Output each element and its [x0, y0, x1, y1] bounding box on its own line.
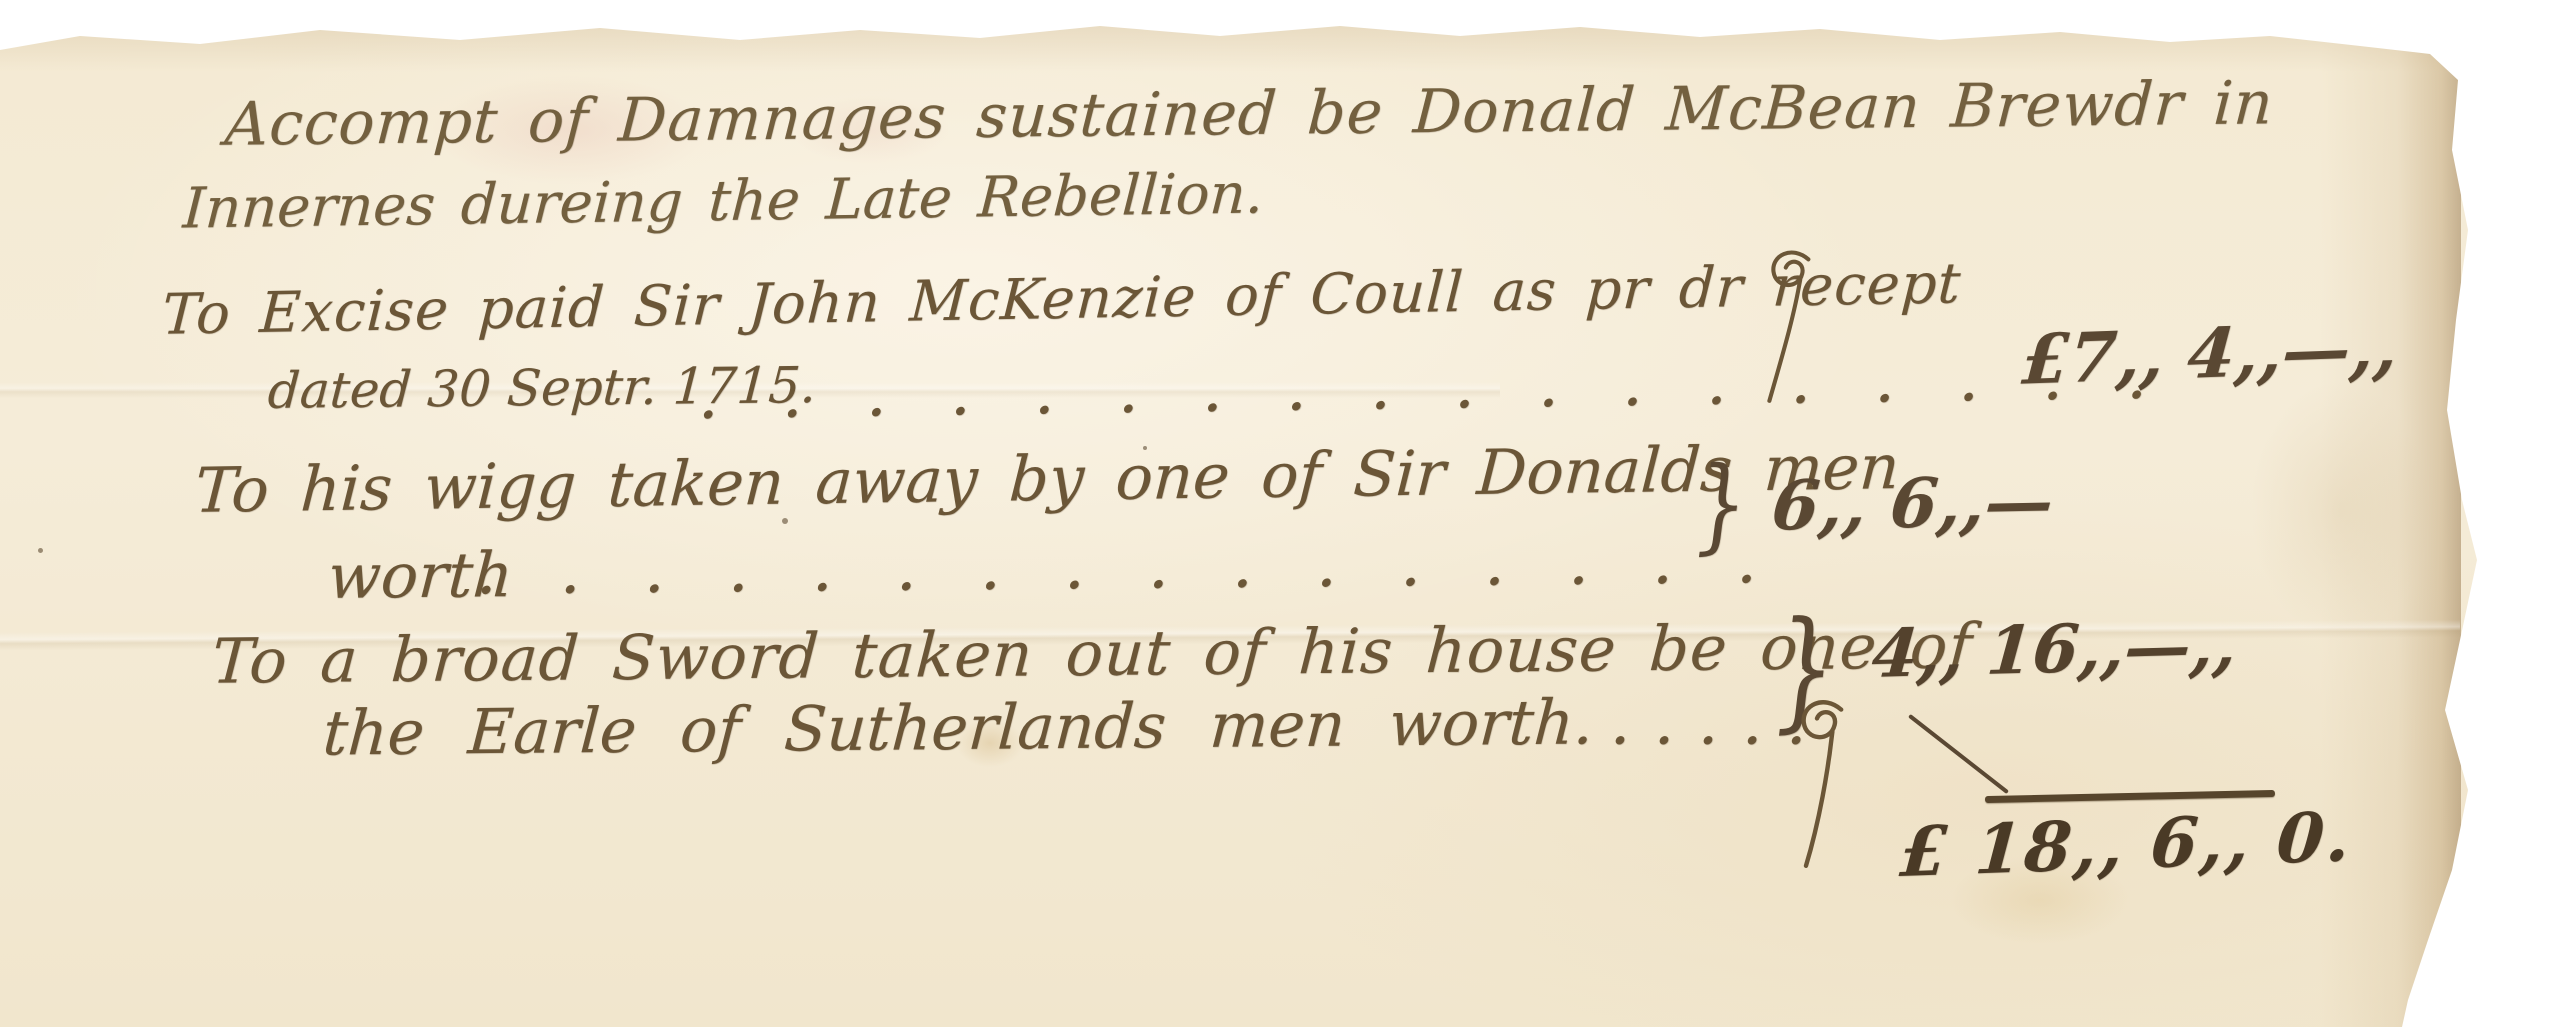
ink-speck	[782, 518, 788, 524]
total-amount: £ 18,, 6,, 0.	[1897, 798, 2354, 892]
entry-2-text: To his wigg taken away by one of Sir Don…	[193, 431, 1901, 526]
entry-2-amount: 6,, 6,,—	[1769, 462, 2057, 545]
scanned-document-background: Accompt of Damnages sustained be Donald …	[0, 0, 2551, 1027]
entry-2-dot-leader: . . . . . . . . . . . . . . . .	[478, 540, 1781, 604]
ink-speck	[38, 548, 43, 553]
per-flourish-icon	[1795, 688, 1861, 876]
torn-edge-shade-top	[0, 0, 2551, 72]
entry-3-dot-leader: . . . . .	[1612, 702, 1810, 755]
entry-3-continuation: the Earle of Sutherlands men worth.	[321, 686, 1596, 768]
flourish-tail-stroke	[1908, 714, 2009, 794]
entry-3-amount: 4,, 16,,—,,	[1869, 607, 2239, 693]
entry-1-dot-leader: . . . . . . . . . . . . . . . . . .	[700, 356, 2171, 429]
manuscript-paper: Accompt of Damnages sustained be Donald …	[0, 0, 2551, 1027]
heading-line-2: Innernes dureing the Late Rebellion.	[181, 162, 1265, 242]
paper-stain	[2250, 380, 2430, 640]
entry-3-text: To a broad Sword taken out of his house …	[210, 610, 1975, 697]
entry-1-text: To Excise paid Sir John McKenzie of Coul…	[160, 252, 1962, 348]
